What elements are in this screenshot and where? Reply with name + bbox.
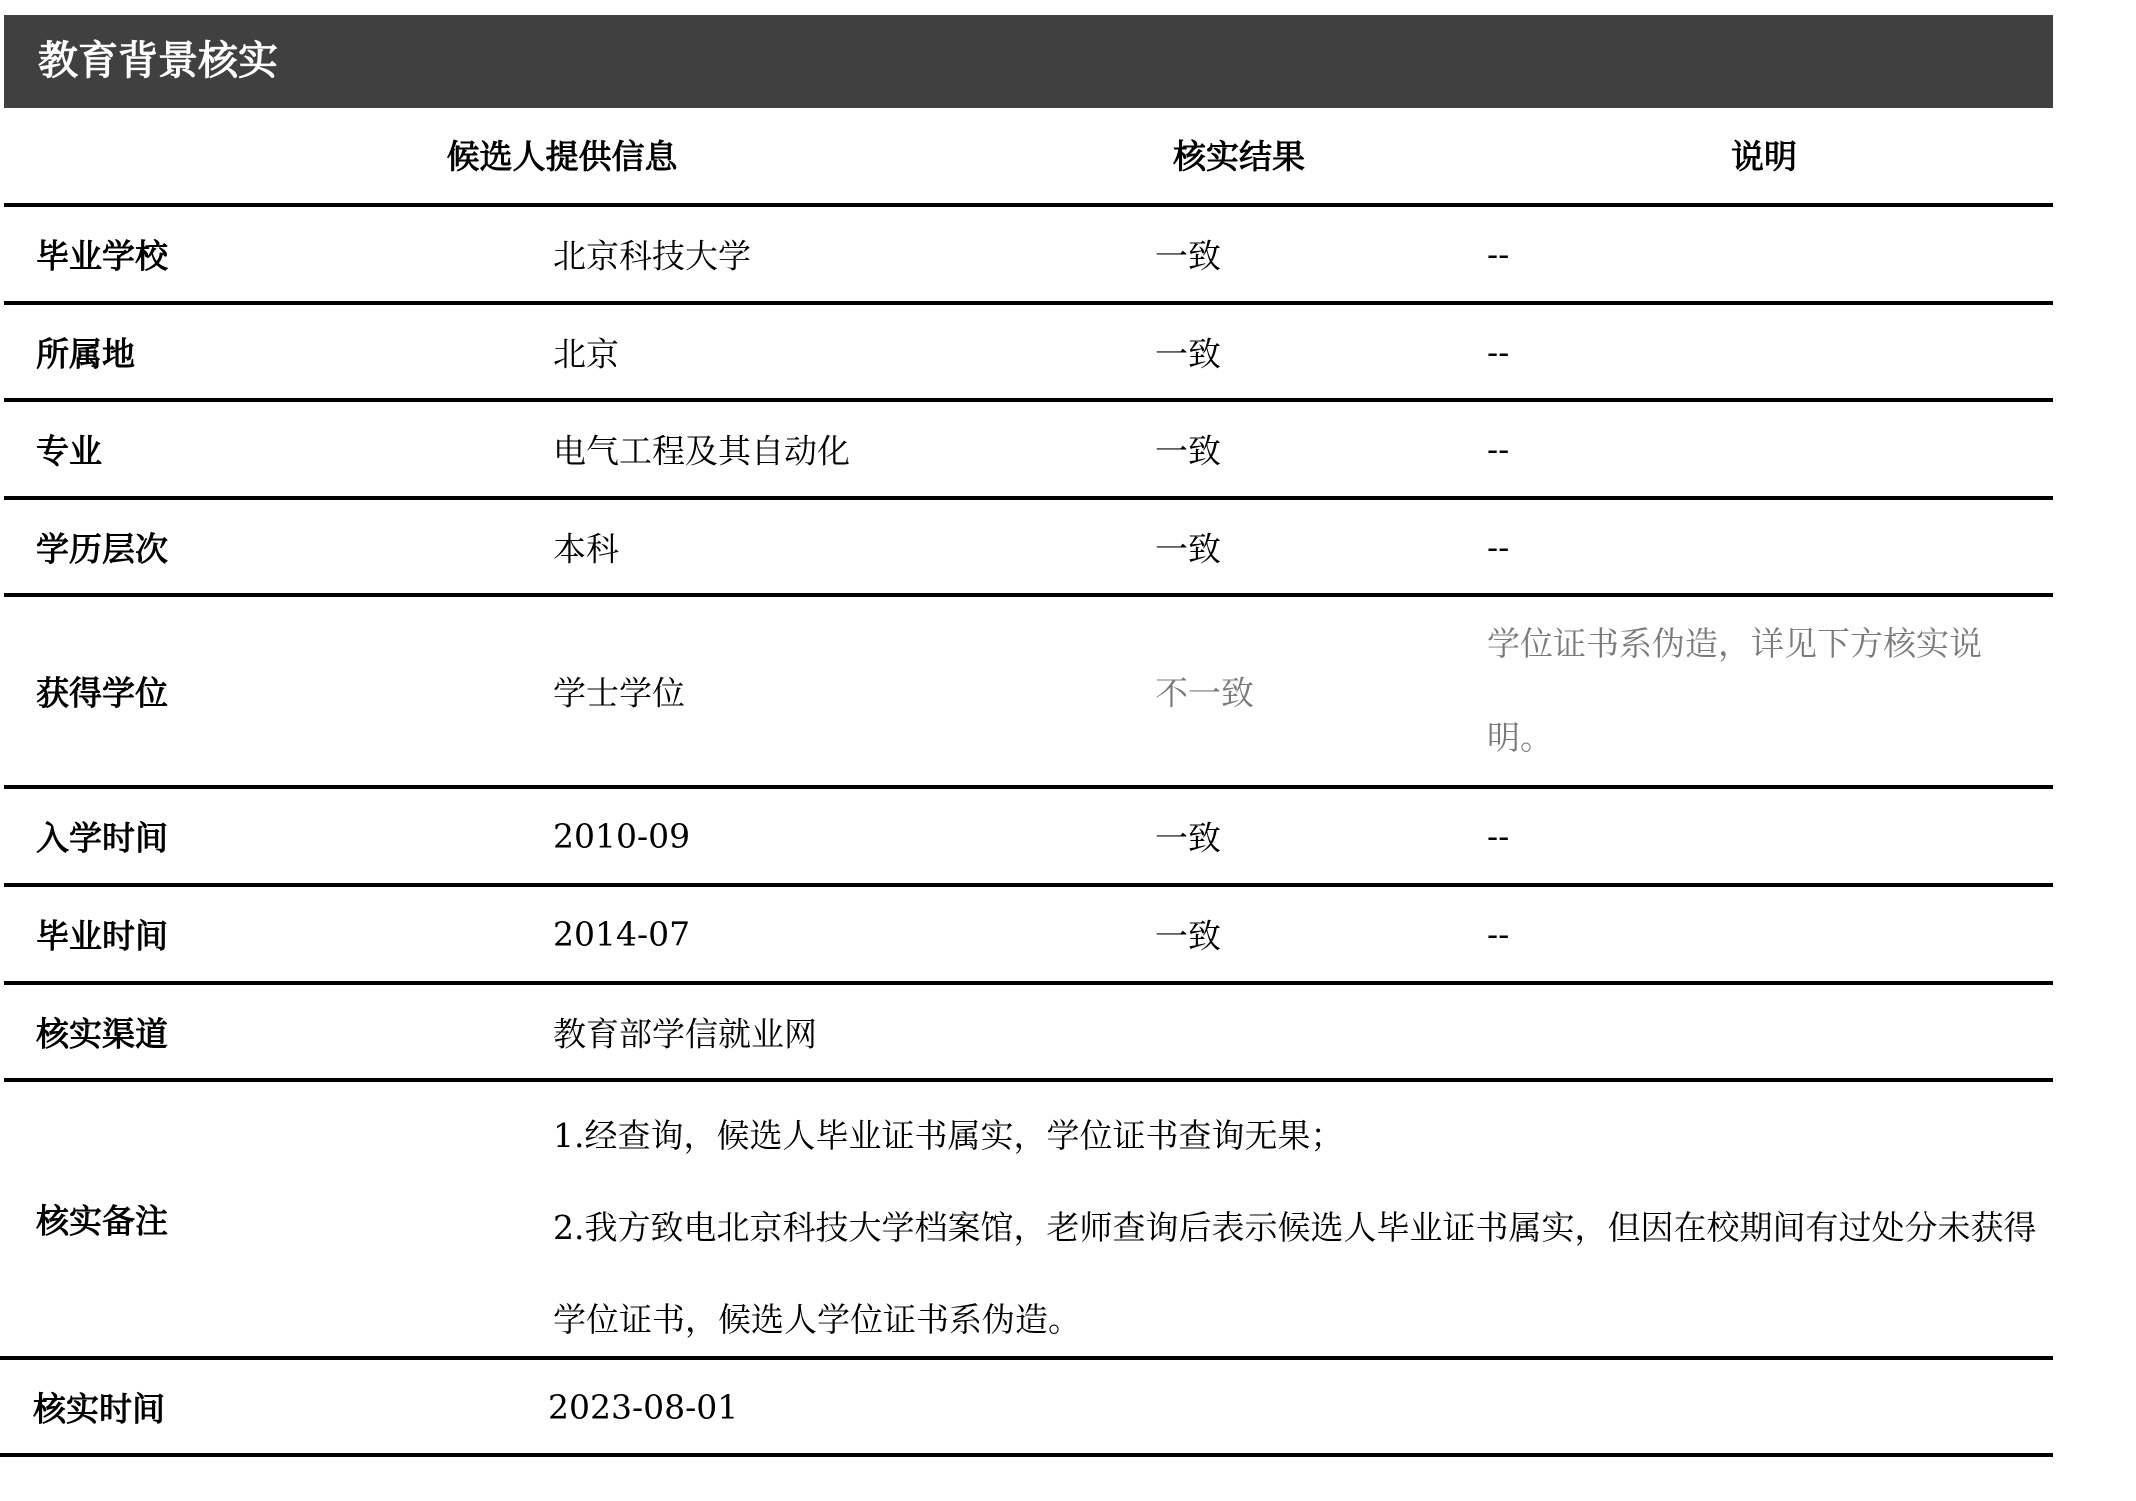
row-description: --: [1487, 527, 1509, 566]
row-value: 教育部学信就业网: [553, 1008, 817, 1055]
header-result: 核实结果: [1104, 108, 1374, 205]
row-value: 2023-08-01: [548, 1387, 738, 1426]
table-row-verification-time: 核实时间 2023-08-01: [0, 1360, 2060, 1453]
row-description: --: [1487, 430, 1509, 469]
row-label: 专业: [36, 426, 102, 473]
row-label: 获得学位: [36, 668, 168, 715]
header-provided-info: 候选人提供信息: [412, 108, 712, 205]
table-row-degree: 获得学位 学士学位 不一致 学位证书系伪造，详见下方核实说明。: [0, 597, 2060, 785]
row-result: 一致: [1155, 231, 1221, 278]
table-row-education-level: 学历层次 本科 一致 --: [0, 500, 2060, 593]
row-value: 2014-07: [553, 915, 690, 954]
notes-text: 1.经查询，候选人毕业证书属实，学位证书查询无果； 2.我方致电北京科技大学档案…: [553, 1090, 2053, 1366]
table-row-verification-channel: 核实渠道 教育部学信就业网: [0, 985, 2060, 1078]
section-title-bar: 教育背景核实: [4, 15, 2053, 108]
row-result: 一致: [1155, 426, 1221, 473]
table-row-major: 专业 电气工程及其自动化 一致 --: [0, 402, 2060, 496]
row-result-mismatch: 不一致: [1155, 668, 1254, 715]
row-value: 2010-09: [553, 817, 690, 856]
table-row-graduation-date: 毕业时间 2014-07 一致 --: [0, 887, 2060, 981]
row-description: --: [1487, 817, 1509, 856]
row-label: 毕业学校: [36, 231, 168, 278]
row-value: 北京: [553, 328, 619, 375]
note-item: 1.经查询，候选人毕业证书属实，学位证书查询无果；: [553, 1090, 2053, 1182]
row-label: 核实时间: [33, 1383, 165, 1430]
row-description-mismatch: 学位证书系伪造，详见下方核实说明。: [1487, 597, 2047, 785]
section-title: 教育背景核实: [38, 15, 278, 108]
row-result: 一致: [1155, 813, 1221, 860]
table-row-school: 毕业学校 北京科技大学 一致 --: [0, 207, 2060, 301]
row-label: 核实备注: [36, 1196, 168, 1243]
row-value: 本科: [553, 523, 619, 570]
row-label: 毕业时间: [36, 911, 168, 958]
row-label: 学历层次: [36, 523, 168, 570]
row-description: --: [1487, 332, 1509, 371]
row-description: --: [1487, 235, 1509, 274]
row-label: 核实渠道: [36, 1008, 168, 1055]
header-description: 说明: [1664, 108, 1864, 205]
divider: [0, 1453, 2053, 1457]
row-value: 北京科技大学: [553, 231, 751, 278]
table-header: 候选人提供信息 核实结果 说明: [4, 108, 2053, 205]
row-result: 一致: [1155, 911, 1221, 958]
row-result: 一致: [1155, 328, 1221, 375]
row-value: 学士学位: [553, 668, 685, 715]
table-row-location: 所属地 北京 一致 --: [0, 305, 2060, 398]
row-label: 入学时间: [36, 813, 168, 860]
row-label: 所属地: [36, 328, 135, 375]
table-row-verification-notes: 核实备注 1.经查询，候选人毕业证书属实，学位证书查询无果； 2.我方致电北京科…: [0, 1082, 2060, 1356]
row-value: 电气工程及其自动化: [553, 426, 850, 473]
row-description: --: [1487, 915, 1509, 954]
row-result: 一致: [1155, 523, 1221, 570]
table-row-enrollment-date: 入学时间 2010-09 一致 --: [0, 789, 2060, 883]
note-item: 2.我方致电北京科技大学档案馆，老师查询后表示候选人毕业证书属实，但因在校期间有…: [553, 1182, 2053, 1366]
